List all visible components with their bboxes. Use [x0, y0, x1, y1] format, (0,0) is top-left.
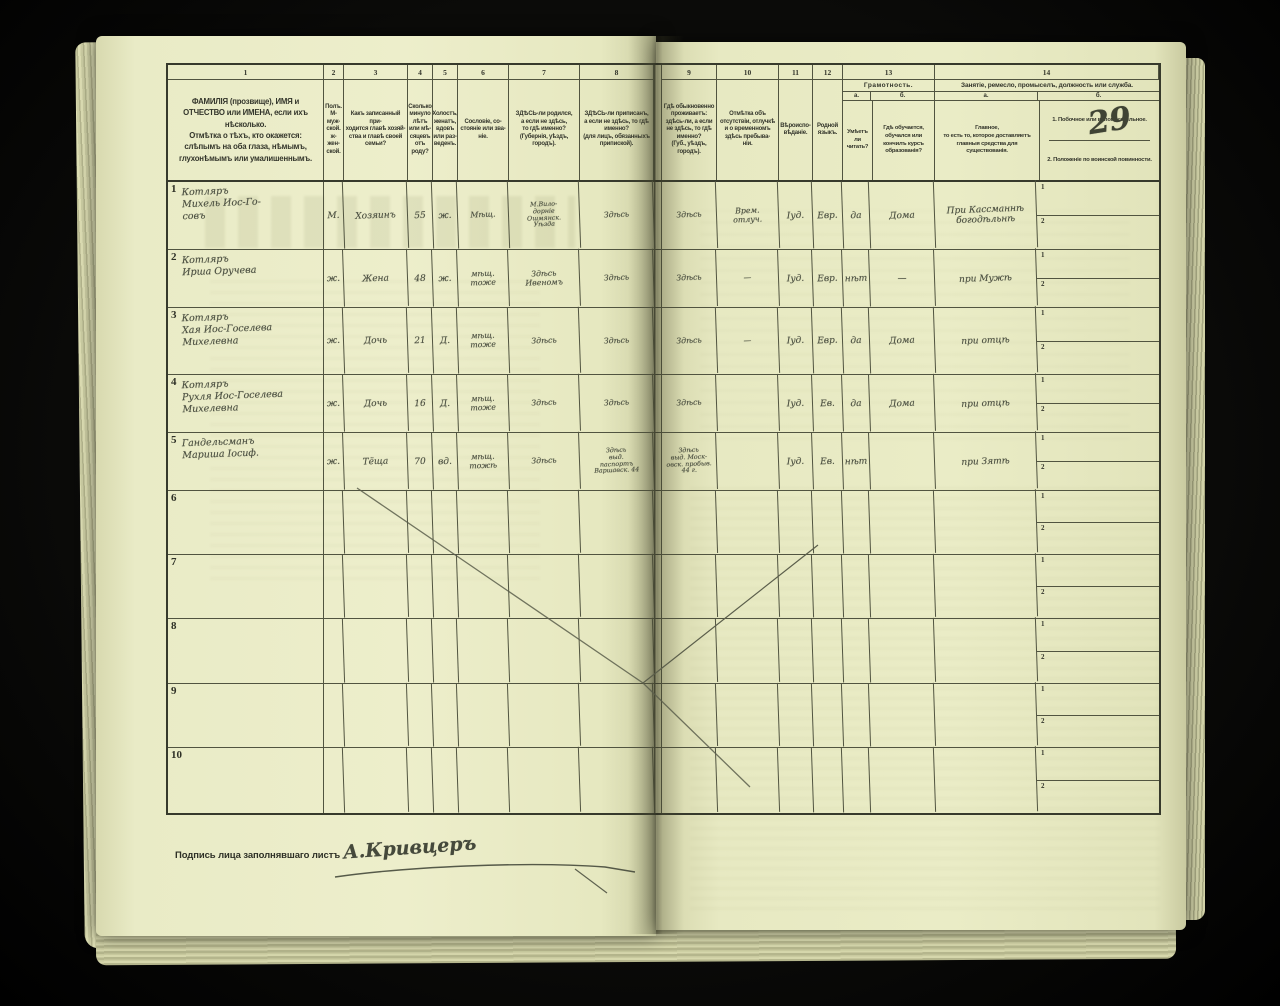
cell-r1-c6: Мѣщ.	[457, 181, 510, 250]
table-row-10: 1012	[168, 748, 1159, 813]
cell-r4-c2: ж.	[323, 375, 345, 433]
signature-block: Подпись лица заполнявшаго листъ А.Кривце…	[175, 845, 340, 863]
handwritten-name: Котляръ Хая Иос-Госелева Михелевна	[168, 308, 324, 349]
cell-r10-name: 10	[168, 748, 324, 813]
col-number: 7	[509, 65, 580, 80]
cell-r3-c13b: Дома	[869, 307, 936, 375]
col-11-header: Вѣроиспо- вѣданіе.	[779, 80, 813, 180]
col-4-header: Сколько минуло лѣтъ или мѣ- сяцевъ отъ р…	[408, 80, 433, 180]
col-13-header: Грамотность. а. б. Умѣетъ ли читать? Гдѣ…	[843, 80, 935, 180]
cell-r10-c14b: 12	[1037, 748, 1159, 813]
occupation-title: Занятіе, ремесло, промыселъ, должность и…	[935, 80, 1159, 92]
cell-r3-c7: Здѣсь	[508, 307, 581, 375]
sub-cell-number: 2	[1037, 462, 1053, 490]
table-row-3: 3Котляръ Хая Иос-Госелева Михелевнаж.Доч…	[168, 308, 1159, 375]
cell-r2-c7: Здѣсь Ивеномъ	[508, 249, 581, 308]
sub-cell-number: 2	[1037, 216, 1053, 249]
cell-r1-c13b: Дома	[869, 181, 936, 250]
cell-r8-c11	[778, 618, 814, 683]
col-10-header: Отмѣтка объ отсутствіи, отлучкѣ и о врем…	[717, 80, 779, 180]
cell-r8-c3	[343, 618, 409, 684]
col-number: 9	[662, 65, 717, 80]
sub-cell-1: 1	[1037, 433, 1159, 462]
col-number: 3	[344, 65, 408, 80]
cell-r4-c4: 16	[407, 375, 434, 433]
cell-r10-c3	[343, 747, 409, 814]
cell-r5-c6: мѣщ. тожѣ	[457, 432, 510, 491]
sub-cell-number: 1	[1037, 555, 1053, 586]
cell-r5-c3: Тёща	[343, 432, 409, 491]
cell-r5-c2: ж.	[323, 433, 345, 491]
cell-r6-c6	[457, 490, 510, 555]
cell-r9-c4	[407, 684, 434, 748]
col-1-header: ФАМИЛІЯ (прозвище), ИМЯ и ОТЧЕСТВО или И…	[168, 80, 324, 180]
cell-r3-c8: Здѣсь	[579, 307, 655, 376]
handwritten-name: Котляръ Михель Иос-Го- совъ	[168, 182, 324, 223]
cell-r2-c6: мѣщ. тоже	[457, 249, 510, 308]
cell-r9-c10	[716, 683, 780, 748]
cell-r8-c9	[661, 618, 718, 684]
cell-r1-c12: Евр.	[812, 181, 844, 249]
cell-r8-c13a	[842, 619, 871, 684]
cell-r2-c4: 48	[407, 250, 434, 308]
sub-label-b: б.	[1038, 92, 1159, 100]
row-number: 6	[171, 492, 177, 504]
table-row-9: 912	[168, 684, 1159, 748]
cell-r5-c7: Здѣсь	[508, 432, 581, 491]
cell-r6-c14b: 12	[1037, 491, 1159, 554]
cell-r2-c2: ж.	[323, 250, 345, 308]
cell-r9-c14a	[934, 682, 1038, 749]
cell-r9-c12	[812, 683, 844, 747]
cell-r6-c5	[432, 491, 459, 555]
cell-r4-name: 4Котляръ Рухля Иос-Госелева Михелевна	[168, 375, 324, 432]
cell-r6-c8	[579, 490, 655, 556]
cell-r3-c13a: да	[842, 308, 871, 375]
cell-r7-c4	[407, 555, 434, 619]
col-13b-header: Гдѣ обучается, обучался или кончилъ курс…	[873, 101, 934, 180]
sub-cell-1: 1	[1037, 684, 1159, 716]
cell-r8-c14a	[934, 617, 1038, 685]
scanned-census-book: 1 2 3 4 5 6 7 8 9 10 11 12 13 14 ФАМИЛІЯ…	[0, 0, 1280, 1006]
cell-r1-c4: 55	[407, 182, 434, 250]
cell-r2-c5: ж.	[432, 250, 459, 308]
cell-r7-c5	[432, 555, 459, 619]
handwritten-page-number: 29	[1085, 100, 1133, 142]
cell-r2-c14a: при Мужѣ	[934, 248, 1038, 309]
cell-r9-c13a	[842, 684, 871, 748]
sub-cell-1: 1	[1037, 491, 1159, 523]
col-3-header: Какъ записанный при- ходится главѣ хозяй…	[344, 80, 408, 180]
cell-r2-c11: Іуд.	[778, 249, 814, 307]
cell-r1-c8: Здѣсь	[579, 181, 655, 251]
cell-r4-c11: Іуд.	[778, 374, 814, 432]
cell-r4-c8: Здѣсь	[579, 374, 655, 434]
cell-r3-c12: Евр.	[812, 307, 844, 374]
cell-r1-c9: Здѣсь	[661, 181, 718, 250]
cell-r5-c12: Ев.	[812, 432, 844, 490]
cell-r6-c12	[812, 490, 844, 554]
cell-r9-c8	[579, 683, 655, 749]
cell-r5-c8: Здѣсь выд. паспортъ Варшавск. 44	[579, 432, 655, 492]
cell-r3-c10: —	[716, 307, 780, 375]
cell-r8-c6	[457, 618, 510, 684]
cell-r8-c2	[323, 619, 345, 684]
cell-r2-c9: Здѣсь	[661, 249, 718, 308]
cell-r10-c13b	[869, 747, 936, 814]
cell-r6-c3	[343, 490, 409, 555]
cell-r7-c3	[343, 554, 409, 619]
cell-r2-c14b: 12	[1037, 250, 1159, 307]
cell-r1-c7: М.Вило- дорніе Ошмянск. Уѣзда	[508, 181, 581, 250]
cell-r9-c11	[778, 683, 814, 747]
cell-r1-c14b: 12	[1037, 182, 1159, 249]
cell-r10-c11	[778, 747, 814, 813]
row-number: 8	[171, 620, 177, 632]
table-row-4: 4Котляръ Рухля Иос-Госелева Михелевнаж.Д…	[168, 375, 1159, 433]
cell-r2-c13a: нѣт	[842, 250, 871, 308]
cell-r1-c11: Іуд.	[778, 181, 814, 249]
cell-r4-c6: мѣщ. тоже	[457, 374, 510, 433]
sub-cell-number: 2	[1037, 523, 1053, 554]
cell-r6-c2	[323, 491, 345, 555]
col-number: 14	[935, 65, 1159, 80]
cell-r3-c5: Д.	[432, 308, 459, 375]
sub-cell-1: 1	[1037, 182, 1159, 216]
cell-r4-c12: Ев.	[812, 374, 844, 432]
col-8-header: ЗДѢСЬ-ли приписанъ, а если не здѣсь, то …	[580, 80, 654, 180]
col-13a-header: Умѣетъ ли читать?	[843, 101, 873, 180]
sub-cell-number: 2	[1037, 781, 1053, 813]
cell-r6-c4	[407, 491, 434, 555]
col-5-header: Холостъ, женатъ, вдовъ или раз- веденъ.	[433, 80, 458, 180]
sub-cell-number: 2	[1037, 652, 1053, 684]
cell-r6-name: 6	[168, 491, 324, 554]
sub-cell-number: 2	[1037, 404, 1053, 432]
sub-cell-number: 1	[1037, 491, 1053, 522]
literacy-title: Грамотность.	[843, 80, 934, 92]
cell-r7-c8	[579, 554, 655, 620]
cell-r7-c9	[661, 554, 718, 619]
cell-r5-c11: Іуд.	[778, 432, 814, 490]
cell-r2-c3: Жена	[343, 249, 409, 308]
sub-cell-number: 2	[1037, 587, 1053, 618]
cell-r6-c14a	[934, 489, 1038, 556]
cell-r2-name: 2Котляръ Ирша Оручева	[168, 250, 324, 307]
sub-cell-number: 1	[1037, 433, 1053, 461]
cell-r3-c14a: при отцѣ	[934, 306, 1038, 376]
cell-r9-c6	[457, 683, 510, 748]
cell-r8-c10	[716, 618, 780, 684]
book-gutter	[654, 65, 662, 180]
cell-r9-c3	[343, 683, 409, 748]
sub-label-b: б.	[871, 92, 934, 100]
table-row-7: 712	[168, 555, 1159, 619]
cell-r10-c5	[432, 748, 459, 814]
col-12-header: Родной языкъ.	[813, 80, 843, 180]
cell-r10-c9	[661, 747, 718, 814]
cell-r9-c5	[432, 684, 459, 748]
cell-r7-c13a	[842, 555, 871, 619]
cell-r3-name: 3Котляръ Хая Иос-Госелева Михелевна	[168, 308, 324, 374]
col-6-header: Сословіе, со- стояніе или зва- ніе.	[458, 80, 509, 180]
sub-cell-1: 1	[1037, 748, 1159, 781]
cell-r4-c3: Дочь	[343, 374, 409, 433]
table-body: 1Котляръ Михель Иос-Го- совъМ.Хозяинъ55ж…	[168, 182, 1159, 813]
table-row-1: 1Котляръ Михель Иос-Го- совъМ.Хозяинъ55ж…	[168, 182, 1159, 250]
cell-r7-c10	[716, 554, 780, 619]
sub-cell-number: 2	[1037, 716, 1053, 747]
sub-cell-number: 2	[1037, 342, 1053, 375]
cell-r5-c13b	[869, 432, 936, 491]
sub-cell-2: 2	[1037, 342, 1159, 375]
cell-r5-c14a: при Зятѣ	[934, 431, 1038, 492]
cell-r7-c14a	[934, 553, 1038, 620]
cell-r4-c14a: при отцѣ	[934, 373, 1038, 434]
cell-r6-c9	[661, 490, 718, 555]
cell-r8-c7	[508, 618, 581, 684]
cell-r3-c14b: 12	[1037, 308, 1159, 374]
sub-cell-1: 1	[1037, 555, 1159, 587]
row-number: 9	[171, 685, 177, 697]
cell-r10-c8	[579, 747, 655, 815]
sub-cell-number: 2	[1037, 279, 1053, 307]
cell-r6-c7	[508, 490, 581, 555]
census-table: 1 2 3 4 5 6 7 8 9 10 11 12 13 14 ФАМИЛІЯ…	[166, 63, 1161, 815]
cell-r7-c7	[508, 554, 581, 619]
cell-r2-c8: Здѣсь	[579, 249, 655, 309]
sub-cell-number: 1	[1037, 250, 1053, 278]
cell-r4-c5: Д.	[432, 375, 459, 433]
sub-cell-number: 1	[1037, 748, 1053, 780]
cell-r8-name: 8	[168, 619, 324, 683]
cell-r10-c10	[716, 747, 780, 814]
sub-label-a: а.	[843, 92, 871, 100]
cell-r3-c9: Здѣсь	[661, 307, 718, 375]
col-14b-item-2: 2. Положеніе по воинской повинности.	[1044, 141, 1154, 180]
handwritten-name: Котляръ Рухля Иос-Госелева Михелевна	[168, 375, 324, 416]
cell-r10-c13a	[842, 748, 871, 814]
col-number: 10	[717, 65, 779, 80]
cell-r9-c14b: 12	[1037, 684, 1159, 747]
col-number: 4	[408, 65, 433, 80]
cell-r6-c11	[778, 490, 814, 554]
cell-r2-c12: Евр.	[812, 249, 844, 307]
sub-cell-number: 1	[1037, 308, 1053, 341]
page-stack-right-edge	[1183, 58, 1205, 920]
cell-r6-c13b	[869, 490, 936, 555]
col-number: 5	[433, 65, 458, 80]
cell-r7-c2	[323, 555, 345, 619]
table-row-6: 612	[168, 491, 1159, 555]
cell-r6-c13a	[842, 491, 871, 555]
cell-r5-name: 5Гандельсманъ Мариша Іосиф.	[168, 433, 324, 490]
sub-cell-number: 1	[1037, 182, 1053, 215]
sub-cell-2: 2	[1037, 716, 1159, 747]
col-number: 1	[168, 65, 324, 80]
col-number: 6	[458, 65, 509, 80]
row-number: 7	[171, 556, 177, 568]
cell-r5-c9: Здѣсь выд. Моск- овск. пробыв. 44 г.	[661, 432, 718, 491]
cell-r1-c10: Врем. отлуч.	[716, 181, 780, 250]
signature-label: Подпись лица заполнявшаго листъ	[175, 850, 340, 861]
cell-r5-c5: вд.	[432, 433, 459, 491]
cell-r1-name: 1Котляръ Михель Иос-Го- совъ	[168, 182, 324, 249]
col-number: 2	[324, 65, 344, 80]
table-row-2: 2Котляръ Ирша Оручеваж.Жена48ж.мѣщ. тоже…	[168, 250, 1159, 308]
cell-r9-c2	[323, 684, 345, 748]
cell-r4-c14b: 12	[1037, 375, 1159, 432]
cell-r10-c7	[508, 747, 581, 814]
cell-r7-c13b	[869, 554, 936, 619]
cell-r3-c2: ж.	[323, 308, 345, 375]
cell-r5-c4: 70	[407, 433, 434, 491]
cell-r4-c13a: да	[842, 375, 871, 433]
col-number: 13	[843, 65, 935, 80]
sub-cell-2: 2	[1037, 462, 1159, 490]
cell-r10-c14a	[934, 746, 1038, 815]
sub-cell-number: 1	[1037, 375, 1053, 403]
handwritten-name: Гандельсманъ Мариша Іосиф.	[168, 433, 323, 462]
cell-r2-c13b: —	[869, 249, 936, 308]
col-number: 11	[779, 65, 813, 80]
cell-r9-c7	[508, 683, 581, 748]
sub-cell-number: 1	[1037, 619, 1053, 651]
cell-r3-c11: Іуд.	[778, 307, 814, 374]
cell-r3-c3: Дочь	[343, 307, 409, 375]
cell-r3-c6: мѣщ. тоже	[457, 307, 510, 375]
col-2-header: Полъ. М-муж- ской. ж-жен- ской.	[324, 80, 344, 180]
sub-cell-2: 2	[1037, 216, 1159, 249]
cell-r1-c3: Хозяинъ	[343, 181, 409, 250]
cell-r2-c10: —	[716, 249, 780, 308]
sub-cell-2: 2	[1037, 523, 1159, 554]
cell-r7-name: 7	[168, 555, 324, 618]
sub-cell-2: 2	[1037, 279, 1159, 307]
sub-label-a: а.	[935, 92, 1038, 100]
col-7-header: ЗДѢСЬ-ли родился, а если не здѣсь, то гд…	[509, 80, 580, 180]
col-14a-header: Главное, то есть то, которое доставляетъ…	[935, 101, 1040, 180]
cell-r1-c5: ж.	[432, 182, 459, 250]
cell-r4-c9: Здѣсь	[661, 374, 718, 433]
sub-cell-1: 1	[1037, 308, 1159, 342]
sub-cell-1: 1	[1037, 375, 1159, 404]
cell-r5-c14b: 12	[1037, 433, 1159, 490]
cell-r7-c12	[812, 554, 844, 618]
sub-cell-2: 2	[1037, 781, 1159, 813]
cell-r1-c2: М.	[323, 182, 345, 250]
table-row-8: 812	[168, 619, 1159, 684]
cell-r9-c13b	[869, 683, 936, 748]
cell-r5-c10	[716, 432, 780, 491]
sub-cell-1: 1	[1037, 619, 1159, 652]
cell-r5-c13a: нѣт	[842, 433, 871, 491]
cell-r10-c2	[323, 748, 345, 814]
cell-r8-c4	[407, 619, 434, 684]
sub-cell-number: 1	[1037, 684, 1053, 715]
cell-r10-c4	[407, 748, 434, 814]
handwritten-name: Котляръ Ирша Оручева	[168, 250, 323, 279]
cell-r8-c5	[432, 619, 459, 684]
cell-r3-c4: 21	[407, 308, 434, 375]
sub-cell-2: 2	[1037, 404, 1159, 432]
sub-cell-2: 2	[1037, 652, 1159, 684]
cell-r8-c8	[579, 618, 655, 685]
sub-cell-2: 2	[1037, 587, 1159, 618]
cell-r9-c9	[661, 683, 718, 748]
cell-r4-c7: Здѣсь	[508, 374, 581, 433]
cell-r8-c14b: 12	[1037, 619, 1159, 683]
cell-r7-c11	[778, 554, 814, 618]
sub-cell-1: 1	[1037, 250, 1159, 279]
cell-r9-name: 9	[168, 684, 324, 747]
col-9-header: Гдѣ обыкновенно проживаетъ: здѣсь-ли, а …	[662, 80, 717, 180]
cell-r8-c12	[812, 618, 844, 683]
cell-r1-c14a: При Кассманнѣ богодѣльнѣ	[934, 180, 1038, 251]
cell-r10-c6	[457, 747, 510, 814]
cell-r8-c13b	[869, 618, 936, 684]
table-header: 1 2 3 4 5 6 7 8 9 10 11 12 13 14 ФАМИЛІЯ…	[168, 65, 1159, 182]
cell-r4-c10	[716, 374, 780, 433]
table-row-5: 5Гандельсманъ Мариша Іосиф.ж.Тёща70вд.мѣ…	[168, 433, 1159, 491]
cell-r4-c13b: Дома	[869, 374, 936, 433]
cell-r7-c6	[457, 554, 510, 619]
cell-r7-c14b: 12	[1037, 555, 1159, 618]
cell-r6-c10	[716, 490, 780, 555]
col-number: 12	[813, 65, 843, 80]
cell-r10-c12	[812, 747, 844, 813]
row-number: 10	[171, 749, 182, 761]
cell-r1-c13a: да	[842, 182, 871, 250]
col-number: 8	[580, 65, 654, 80]
